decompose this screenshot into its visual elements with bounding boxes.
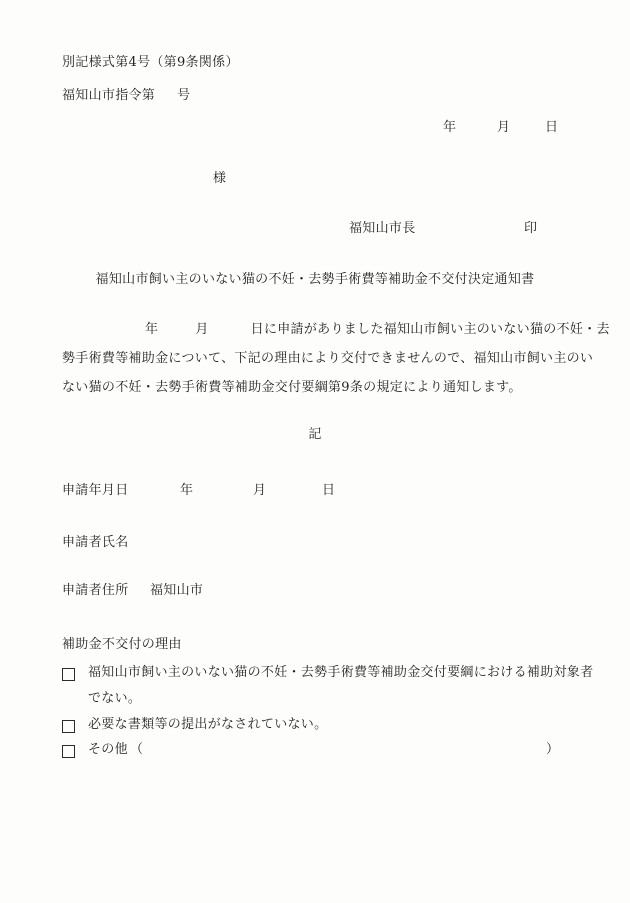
checkbox-icon <box>62 668 75 681</box>
body-date-year-label: 年 <box>145 322 158 337</box>
application-date-month-label: 月 <box>253 483 266 499</box>
application-date-year-label: 年 <box>180 483 193 499</box>
body-line-2: 勢手術費等補助金について、下記の理由により交付できませんので、福知山市飼い主のい <box>62 351 593 367</box>
body-date-day-label: 日 <box>251 322 264 337</box>
issuer-title: 福知山市長 <box>349 221 416 237</box>
reason-item-3-open-paren: （ <box>130 742 143 758</box>
form-number: 別記様式第4号（第9条関係） <box>62 55 239 71</box>
checkbox-icon <box>62 745 75 758</box>
body-line-1-text: に申請がありました福知山市飼い主のいない猫の不妊・去 <box>264 322 610 337</box>
body-line-1: 年月日に申請がありました福知山市飼い主のいない猫の不妊・去 <box>62 322 610 338</box>
issue-date-day-label: 日 <box>545 120 558 136</box>
reason-item-1-line-2: でない。 <box>88 691 141 707</box>
application-date-label: 申請年月日 <box>62 483 129 499</box>
reasons-heading: 補助金不交付の理由 <box>62 637 182 653</box>
addressee-honorific: 様 <box>213 171 226 187</box>
checkbox-icon <box>62 720 75 733</box>
issue-date-year-label: 年 <box>443 120 456 136</box>
applicant-address-label: 申請者住所 <box>62 583 129 599</box>
applicant-address-value: 福知山市 <box>150 583 203 599</box>
reason-item-2-text: 必要な書類等の提出がなされていない。 <box>88 717 327 733</box>
issue-date-month-label: 月 <box>497 120 510 136</box>
reason-item-3-label: その他 <box>88 742 128 758</box>
document-page: 別記様式第4号（第9条関係） 福知山市指令第号 年 月 日 様 福知山市長 印 … <box>0 0 630 903</box>
document-title: 福知山市飼い主のいない猫の不妊・去勢手術費等補助金不交付決定通知書 <box>0 272 630 288</box>
section-marker: 記 <box>0 427 630 443</box>
applicant-name-label: 申請者氏名 <box>62 535 129 551</box>
body-date-month-label: 月 <box>195 322 208 337</box>
body-line-3: ない猫の不妊・去勢手術費等補助金交付要綱第9条の規定により通知します。 <box>62 380 522 396</box>
directive-prefix: 福知山市指令第 <box>62 88 155 103</box>
issuer-seal-mark: 印 <box>524 221 537 237</box>
directive-number-line: 福知山市指令第号 <box>62 88 190 104</box>
reason-item-1-line-1: 福知山市飼い主のいない猫の不妊・去勢手術費等補助金交付要綱における補助対象者 <box>88 665 593 681</box>
application-date-day-label: 日 <box>322 483 335 499</box>
reason-item-3-close-paren: ） <box>546 742 559 758</box>
directive-suffix: 号 <box>177 88 190 103</box>
